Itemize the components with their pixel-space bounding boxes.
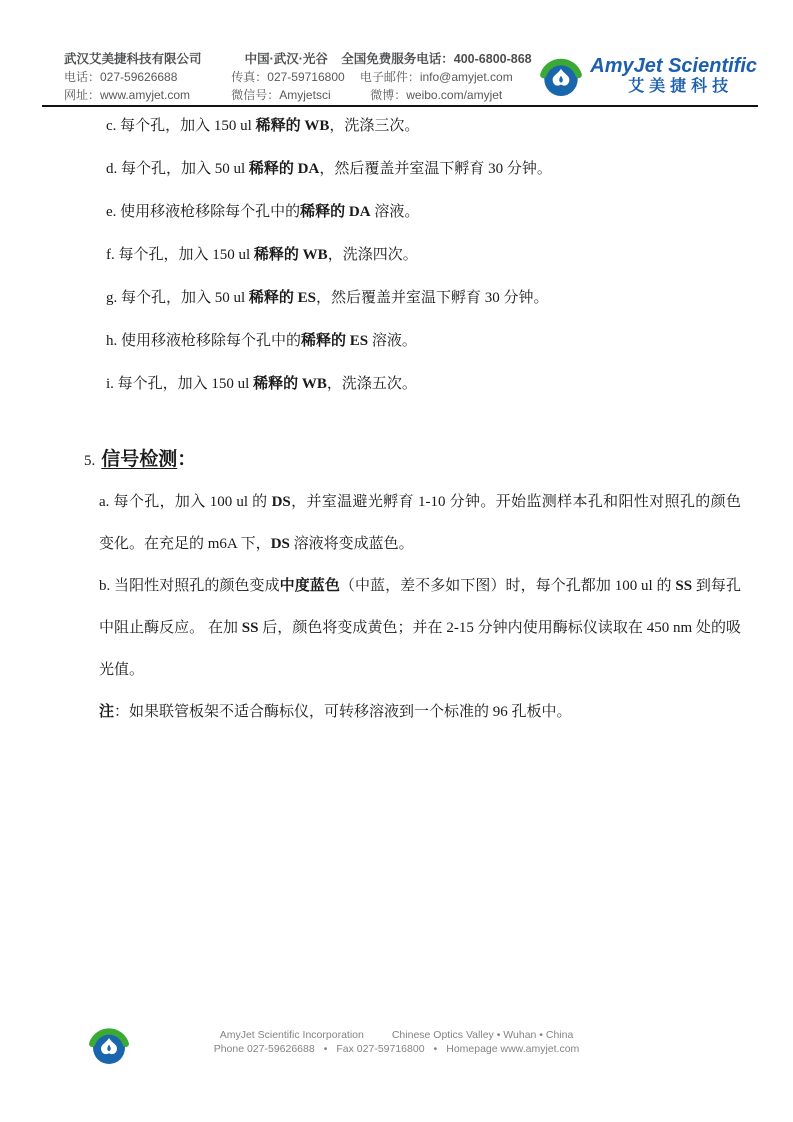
footer-company: AmyJet Scientific Incorporation bbox=[220, 1029, 364, 1041]
footer-company-address: AmyJet Scientific IncorporationChinese O… bbox=[0, 1028, 793, 1042]
protocol-step-h: h. 使用移液枪移除每个孔中的稀释的 ES 溶液。 bbox=[99, 333, 741, 350]
page-header: 武汉艾美捷科技有限公司 电话：027-59626688 网址：www.amyje… bbox=[64, 50, 757, 104]
step-text: f. 每个孔，加入 150 ul bbox=[106, 247, 254, 263]
footer-bullet: • bbox=[434, 1043, 438, 1055]
amyjet-logo-icon bbox=[539, 52, 583, 96]
header-service-column: 全国免费服务电话：400-6800-868 电子邮件：info@amyjet.c… bbox=[341, 50, 531, 104]
step-bold-text: 稀释的 WB bbox=[256, 118, 330, 134]
step-text: 溶液将变成蓝色。 bbox=[290, 536, 414, 552]
footer-phone: Phone 027-59626688 bbox=[214, 1043, 315, 1055]
step-text: h. 使用移液枪移除每个孔中的 bbox=[106, 333, 301, 349]
signal-detection-step-a: a. 每个孔，加入 100 ul 的 DS，并室温避光孵育 1-10 分钟。开始… bbox=[99, 481, 741, 565]
brand-name-en: AmyJet Scientific bbox=[590, 56, 757, 77]
header-location-column: 中国·武汉·光谷 传真：027-59716800 微信号：Amyjetsci bbox=[231, 50, 341, 104]
company-website: 网址：www.amyjet.com bbox=[64, 86, 231, 104]
signal-detection-step-b: b. 当阳性对照孔的颜色变成中度蓝色（中蓝，差不多如下图）时，每个孔都加 100… bbox=[99, 565, 741, 691]
step-text: （中蓝，差不多如下图）时，每个孔都加 100 ul 的 bbox=[340, 578, 675, 594]
header-divider bbox=[42, 105, 758, 107]
step-text: ，然后覆盖并室温下孵育 30 分钟。 bbox=[319, 161, 552, 177]
page-footer: AmyJet Scientific IncorporationChinese O… bbox=[0, 1028, 793, 1056]
protocol-step-d: d. 每个孔，加入 50 ul 稀释的 DA，然后覆盖并室温下孵育 30 分钟。 bbox=[99, 161, 741, 178]
footer-contacts: Phone 027-59626688•Fax 027-59716800•Home… bbox=[0, 1042, 793, 1056]
footer-homepage: Homepage www.amyjet.com bbox=[446, 1043, 579, 1055]
step-text: 溶液。 bbox=[371, 204, 420, 220]
step-text: ，然后覆盖并室温下孵育 30 分钟。 bbox=[316, 290, 549, 306]
section-5-heading: 5.信号检测： bbox=[84, 448, 741, 473]
step-bold-text: 中度蓝色 bbox=[280, 578, 340, 594]
footer-fax: Fax 027-59716800 bbox=[336, 1043, 424, 1055]
step-bold-text: 稀释的 DA bbox=[249, 161, 319, 177]
step-text: d. 每个孔，加入 50 ul bbox=[106, 161, 249, 177]
protocol-step-e: e. 使用移液枪移除每个孔中的稀释的 DA 溶液。 bbox=[99, 204, 741, 221]
step-text: ，洗涤五次。 bbox=[327, 376, 417, 392]
step-bold-text: DS bbox=[272, 494, 291, 510]
step-text: c. 每个孔，加入 150 ul bbox=[106, 118, 256, 134]
note: 注：如果联管板架不适合酶标仪，可转移溶液到一个标准的 96 孔板中。 bbox=[99, 691, 741, 733]
company-weibo: 微博：weibo.com/amyjet bbox=[341, 86, 531, 104]
footer-address: Chinese Optics Valley • Wuhan • China bbox=[392, 1029, 573, 1041]
section-title: 信号检测 bbox=[101, 449, 177, 470]
note-label: 注 bbox=[99, 704, 114, 720]
brand-logo: AmyJet Scientific 艾美捷科技 bbox=[539, 50, 757, 96]
step-text: i. 每个孔，加入 150 ul bbox=[106, 376, 253, 392]
footer-bullet: • bbox=[324, 1043, 328, 1055]
location-title: 中国·武汉·光谷 bbox=[231, 50, 341, 68]
step-bold-text: 稀释的 WB bbox=[254, 247, 328, 263]
step-text: g. 每个孔，加入 50 ul bbox=[106, 290, 249, 306]
service-hotline: 全国免费服务电话：400-6800-868 bbox=[341, 50, 531, 68]
step-text: a. 每个孔，加入 100 ul 的 bbox=[99, 494, 272, 510]
step-text: 溶液。 bbox=[368, 333, 417, 349]
step-text: ，洗涤三次。 bbox=[329, 118, 419, 134]
step-bold-text: 稀释的 ES bbox=[301, 333, 368, 349]
company-email: 电子邮件：info@amyjet.com bbox=[341, 68, 531, 86]
step-bold-text: SS bbox=[675, 578, 692, 594]
section-number: 5. bbox=[84, 453, 95, 469]
step-bold-text: DS bbox=[271, 536, 290, 552]
step-bold-text: 稀释的 ES bbox=[249, 290, 316, 306]
brand-name-cn: 艾美捷科技 bbox=[604, 77, 757, 96]
step-bold-text: SS bbox=[242, 620, 259, 636]
protocol-step-c: c. 每个孔，加入 150 ul 稀释的 WB，洗涤三次。 bbox=[99, 118, 741, 135]
document-body: c. 每个孔，加入 150 ul 稀释的 WB，洗涤三次。 d. 每个孔，加入 … bbox=[99, 118, 741, 733]
note-text: ：如果联管板架不适合酶标仪，可转移溶液到一个标准的 96 孔板中。 bbox=[114, 704, 572, 720]
step-bold-text: 稀释的 DA bbox=[300, 204, 370, 220]
protocol-step-f: f. 每个孔，加入 150 ul 稀释的 WB，洗涤四次。 bbox=[99, 247, 741, 264]
step-text: e. 使用移液枪移除每个孔中的 bbox=[106, 204, 300, 220]
section-colon: ： bbox=[177, 449, 196, 470]
company-phone: 电话：027-59626688 bbox=[64, 68, 231, 86]
company-wechat: 微信号：Amyjetsci bbox=[231, 86, 341, 104]
step-text: ，洗涤四次。 bbox=[328, 247, 418, 263]
step-text: b. 当阳性对照孔的颜色变成 bbox=[99, 578, 280, 594]
header-company-column: 武汉艾美捷科技有限公司 电话：027-59626688 网址：www.amyje… bbox=[64, 50, 231, 104]
step-bold-text: 稀释的 WB bbox=[253, 376, 327, 392]
company-fax: 传真：027-59716800 bbox=[231, 68, 341, 86]
protocol-step-i: i. 每个孔，加入 150 ul 稀释的 WB，洗涤五次。 bbox=[99, 376, 741, 393]
company-name: 武汉艾美捷科技有限公司 bbox=[64, 50, 231, 68]
brand-logo-text: AmyJet Scientific 艾美捷科技 bbox=[590, 52, 757, 96]
protocol-step-g: g. 每个孔，加入 50 ul 稀释的 ES，然后覆盖并室温下孵育 30 分钟。 bbox=[99, 290, 741, 307]
